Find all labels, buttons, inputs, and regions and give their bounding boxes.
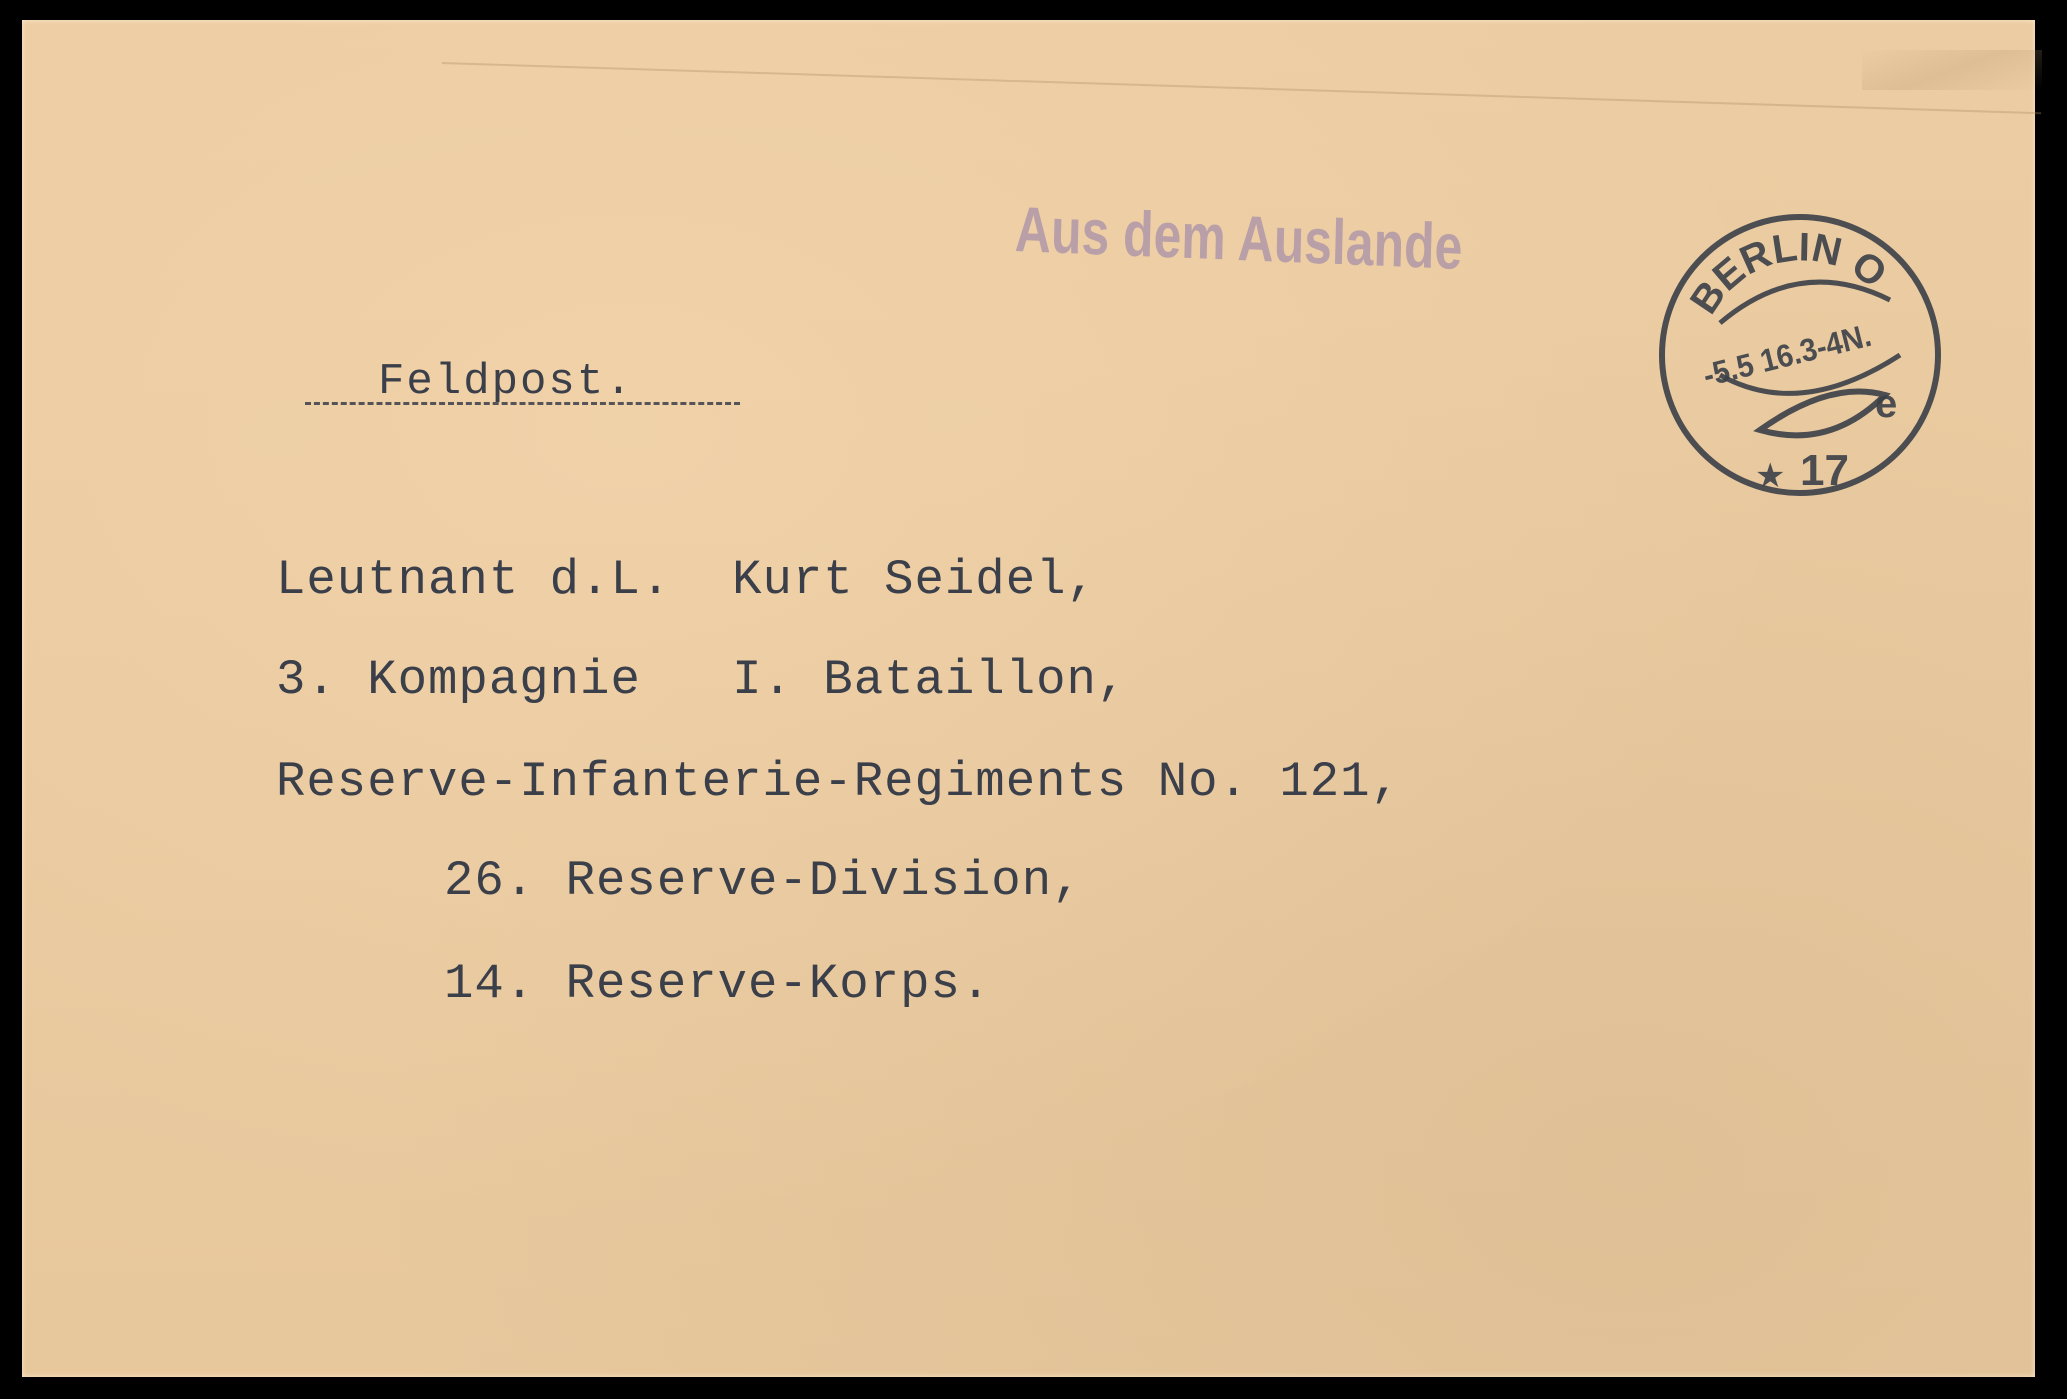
postmark-office-number: 17 xyxy=(1800,446,1849,495)
postmark-letter: e xyxy=(1875,382,1897,426)
feldpost-underline xyxy=(305,402,740,405)
postmark-star-icon: ★ xyxy=(1755,456,1785,496)
feldpost-label: Feldpost. xyxy=(378,360,634,404)
svg-text:BERLIN O: BERLIN O xyxy=(1682,225,1895,321)
address-line-company: 3. Kompagnie I. Bataillon, xyxy=(276,656,1127,705)
address-line-korps: 14. Reserve-Korps. xyxy=(444,960,991,1009)
address-line-division: 26. Reserve-Division, xyxy=(444,857,1083,906)
address-line-regiment: Reserve-Infanterie-Regiments No. 121, xyxy=(276,758,1401,807)
address-line-recipient: Leutnant d.L. Kurt Seidel, xyxy=(276,556,1097,605)
flap-fold-line xyxy=(442,62,2041,114)
postmark-city: BERLIN O xyxy=(1682,225,1895,321)
corner-crease xyxy=(1862,50,2042,90)
postmark-circle-icon: BERLIN O -5.5 16.3-4N. e ★ 17 xyxy=(1650,205,1950,505)
berlin-postmark: BERLIN O -5.5 16.3-4N. e ★ 17 xyxy=(1650,205,1950,505)
